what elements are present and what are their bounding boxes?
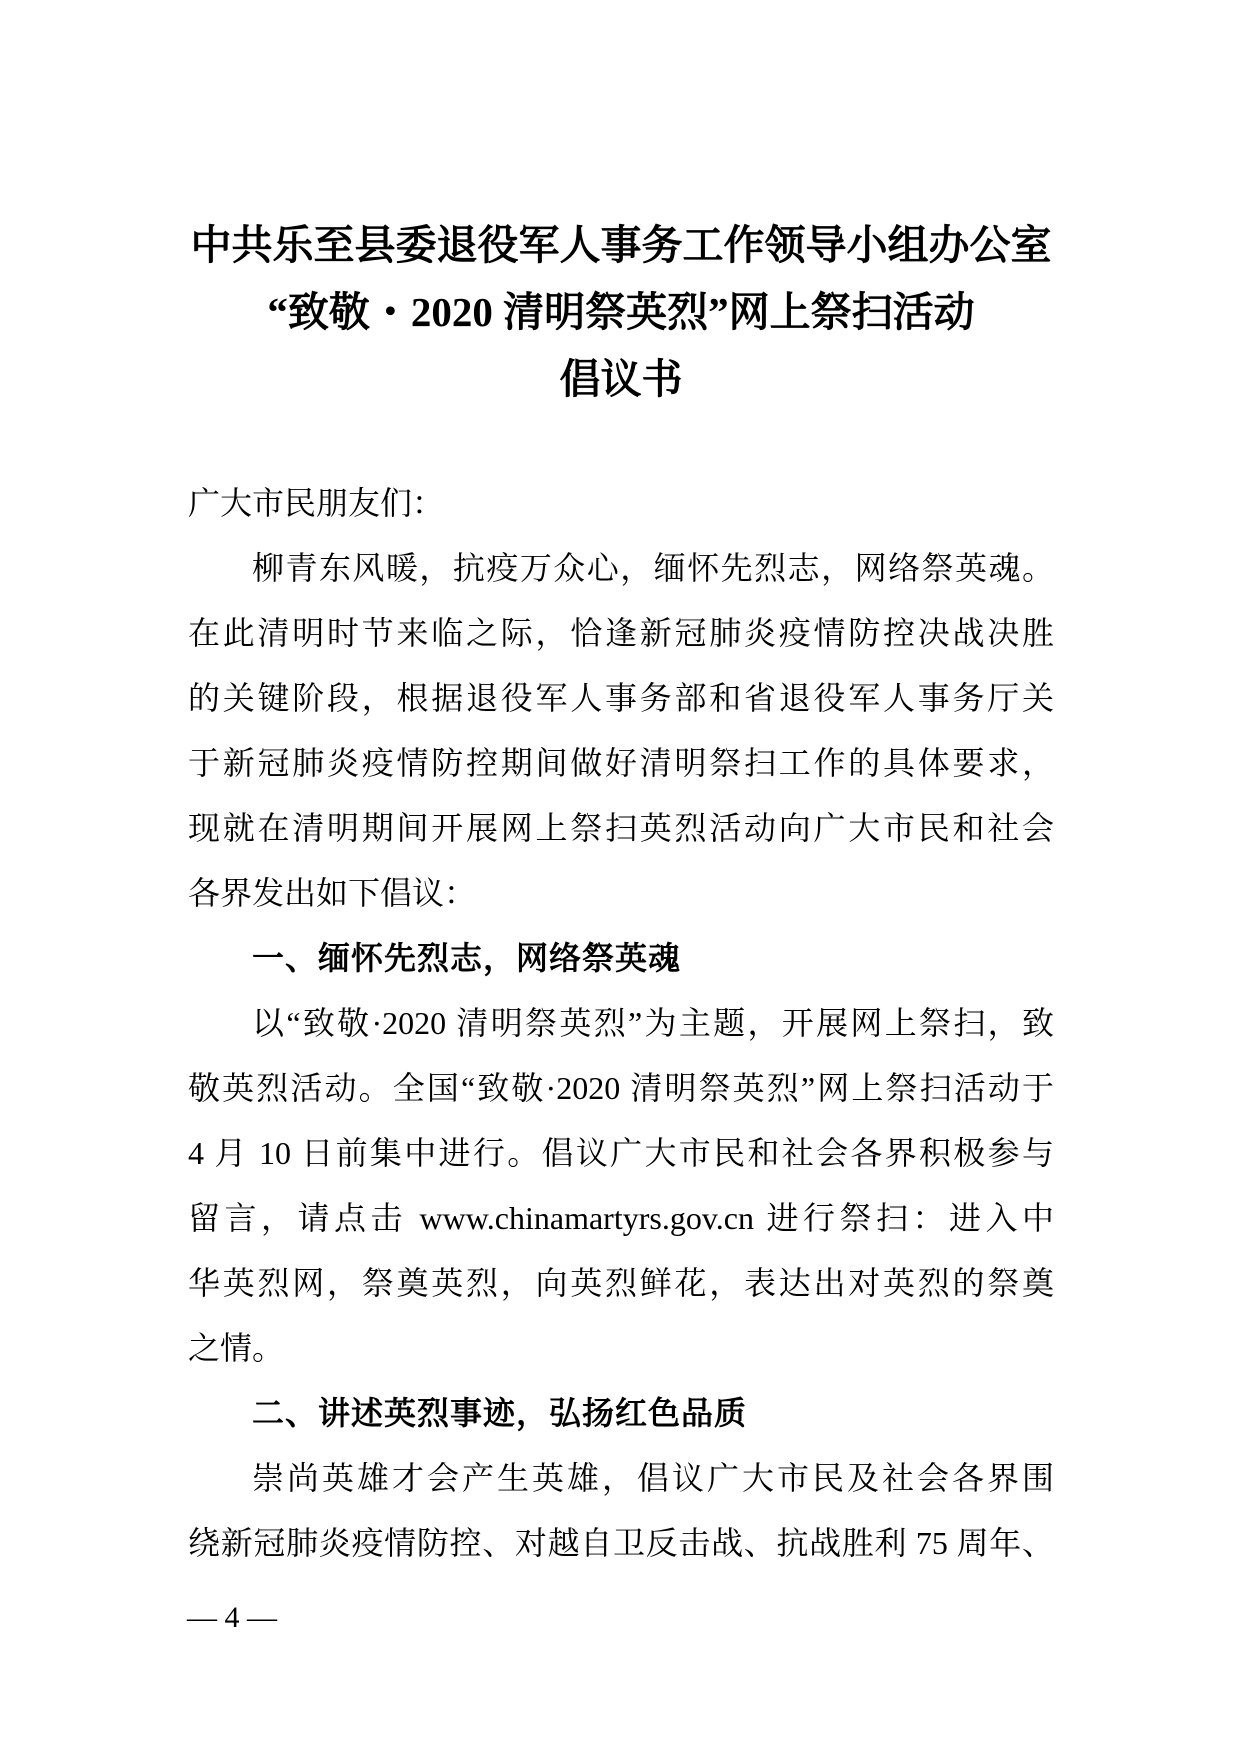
body-line: 敬英烈活动。全国“致敬·2020 清明祭英烈”网上祭扫活动于	[188, 1056, 1054, 1121]
body-line: 在此清明时节来临之际，恰逢新冠肺炎疫情防控决战决胜	[188, 601, 1054, 666]
document-page: 中共乐至县委退役军人事务工作领导小组办公室 “致敬・2020 清明祭英烈”网上祭…	[0, 0, 1241, 1754]
body-line: 柳青东风暖，抗疫万众心，缅怀先烈志，网络祭英魂。	[188, 536, 1054, 601]
body-line: 现就在清明期间开展网上祭扫英烈活动向广大市民和社会	[188, 796, 1054, 861]
body-line: 各界发出如下倡议：	[188, 861, 1054, 926]
body-line: 绕新冠肺炎疫情防控、对越自卫反击战、抗战胜利 75 周年、	[188, 1511, 1054, 1576]
body-line: 的关键阶段，根据退役军人事务部和省退役军人事务厅关	[188, 666, 1054, 731]
title-line-3: 倡议书	[188, 346, 1054, 413]
title-line-1: 中共乐至县委退役军人事务工作领导小组办公室	[188, 212, 1054, 279]
page-number: — 4 —	[187, 1601, 277, 1635]
document-title: 中共乐至县委退役军人事务工作领导小组办公室 “致敬・2020 清明祭英烈”网上祭…	[188, 212, 1054, 413]
document-body: 广大市民朋友们： 柳青东风暖，抗疫万众心，缅怀先烈志，网络祭英魂。 在此清明时节…	[188, 471, 1054, 1576]
body-line: 4 月 10 日前集中进行。倡议广大市民和社会各界积极参与	[188, 1121, 1054, 1186]
body-line: 之情。	[188, 1316, 1054, 1381]
body-line: 于新冠肺炎疫情防控期间做好清明祭扫工作的具体要求，	[188, 731, 1054, 796]
body-line: 崇尚英雄才会产生英雄，倡议广大市民及社会各界围	[188, 1446, 1054, 1511]
body-line: 以“致敬·2020 清明祭英烈”为主题，开展网上祭扫，致	[188, 991, 1054, 1056]
section-heading-1: 一、缅怀先烈志，网络祭英魂	[188, 926, 1054, 991]
title-line-2: “致敬・2020 清明祭英烈”网上祭扫活动	[188, 279, 1054, 346]
salutation: 广大市民朋友们：	[188, 471, 1054, 536]
section-heading-2: 二、讲述英烈事迹，弘扬红色品质	[188, 1381, 1054, 1446]
body-line: 华英烈网，祭奠英烈，向英烈鲜花，表达出对英烈的祭奠	[188, 1251, 1054, 1316]
body-line-url: 留言，请点击 www.chinamartyrs.gov.cn 进行祭扫：进入中	[188, 1186, 1054, 1251]
